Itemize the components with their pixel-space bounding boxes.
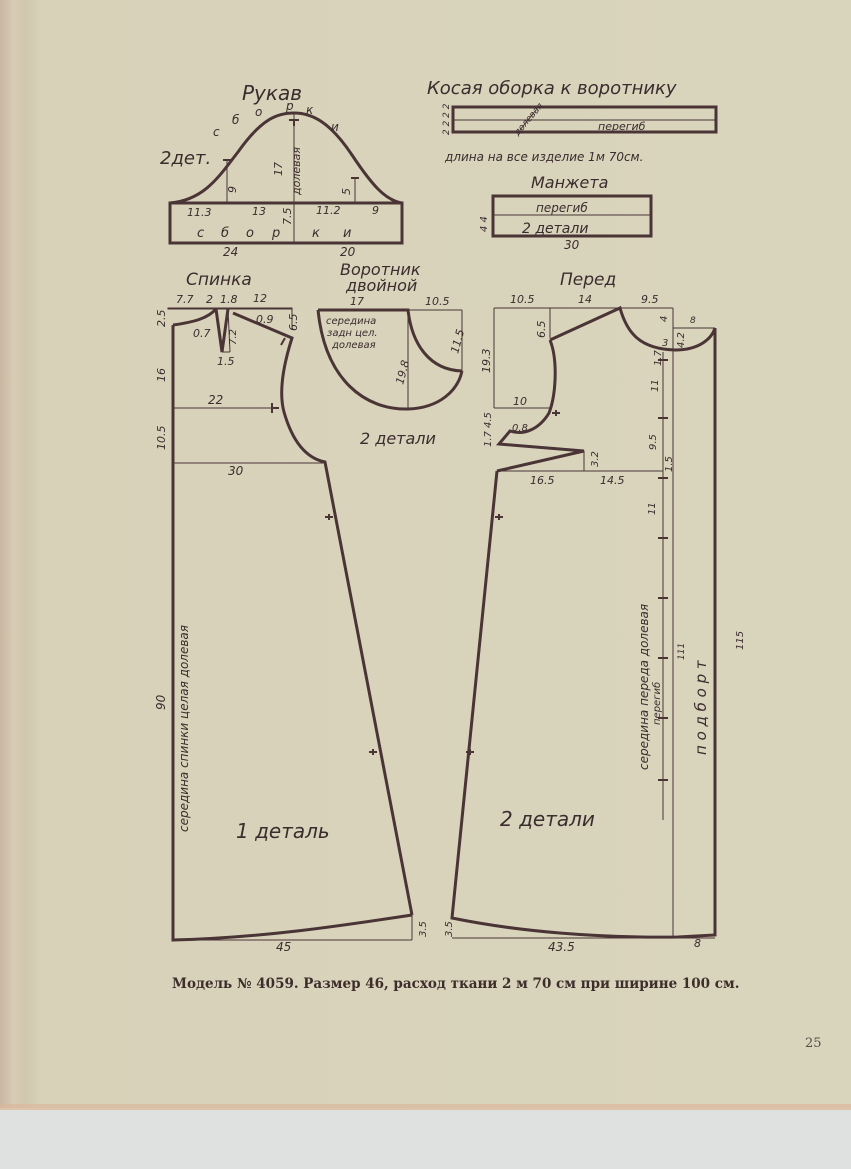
svg-text:4: 4	[659, 316, 670, 322]
svg-text:1.5: 1.5	[664, 456, 675, 472]
svg-text:11.3: 11.3	[187, 206, 212, 219]
svg-text:1.7: 1.7	[483, 430, 494, 447]
svg-text:8: 8	[694, 937, 701, 950]
svg-text:7.5: 7.5	[281, 208, 294, 226]
back-dart	[216, 309, 228, 352]
front-facing-label: п о д б о р т	[692, 659, 710, 755]
svg-text:17: 17	[350, 295, 364, 308]
svg-text:4.2: 4.2	[676, 332, 687, 348]
svg-text:6.5: 6.5	[535, 321, 548, 339]
svg-text:к: к	[312, 226, 320, 241]
svg-text:к: к	[306, 103, 314, 117]
svg-text:5: 5	[340, 188, 353, 195]
sleeve-piece: Рукав 2дет. с б о р к и долевая 17 9 5 7…	[160, 81, 402, 259]
svg-text:11: 11	[650, 379, 661, 392]
svg-text:задн цел.: задн цел.	[327, 328, 378, 339]
svg-text:3.5: 3.5	[444, 921, 455, 937]
svg-text:16.5: 16.5	[530, 474, 555, 487]
svg-text:2 2 2 2: 2 2 2 2	[442, 103, 452, 135]
svg-text:б: б	[221, 226, 229, 241]
svg-text:10.5: 10.5	[510, 293, 535, 306]
front-title: Перед	[560, 270, 616, 290]
svg-text:17: 17	[272, 162, 285, 176]
back-neckline	[173, 309, 216, 325]
front-fold-label: перегиб	[651, 682, 663, 725]
front-count: 2 детали	[500, 807, 595, 831]
svg-text:11.5: 11.5	[448, 328, 467, 355]
svg-text:9: 9	[226, 186, 239, 193]
sewing-pattern-diagram: Рукав 2дет. с б о р к и долевая 17 9 5 7…	[0, 0, 851, 1169]
svg-text:с: с	[197, 226, 204, 241]
svg-text:111: 111	[677, 643, 687, 660]
page-number: 25	[805, 1036, 822, 1051]
collar-title-2: двойной	[345, 276, 417, 295]
svg-text:14.5: 14.5	[600, 474, 625, 487]
svg-text:14: 14	[578, 293, 592, 306]
back-center-label: середина спинки целая долевая	[177, 625, 191, 832]
svg-text:9: 9	[372, 204, 379, 217]
front-armhole-dart	[497, 340, 584, 471]
svg-text:10: 10	[513, 395, 527, 408]
svg-text:9.5: 9.5	[641, 293, 659, 306]
svg-text:8: 8	[690, 316, 696, 326]
svg-text:2: 2	[206, 293, 213, 306]
svg-text:24: 24	[223, 245, 238, 259]
svg-text:10.5: 10.5	[155, 426, 168, 451]
svg-text:4 4: 4 4	[479, 216, 490, 232]
svg-text:0.7: 0.7	[193, 327, 211, 340]
cuff-count: 2 детали	[522, 221, 588, 237]
svg-text:30: 30	[564, 238, 580, 252]
sleeve-count: 2дет.	[160, 148, 211, 169]
svg-text:45: 45	[276, 940, 291, 954]
back-count: 1 деталь	[236, 819, 330, 843]
cuff-title: Манжета	[531, 173, 608, 192]
back-piece: Спинка 7.7 2 1.8 12 2.5 0.7 0.9 7.2 1.5 …	[154, 270, 429, 954]
svg-text:о: о	[246, 226, 254, 241]
sleeve-grain-label: долевая	[290, 147, 303, 196]
ruffle-piece: Косая оборка к воротнику 2 2 2 2 перегиб…	[427, 78, 716, 164]
svg-text:19.3: 19.3	[480, 349, 493, 374]
svg-text:3.2: 3.2	[590, 451, 601, 467]
svg-text:4.5: 4.5	[483, 412, 494, 428]
front-neckline	[550, 308, 715, 350]
svg-text:11.2: 11.2	[316, 204, 341, 217]
svg-text:и: и	[331, 120, 339, 134]
svg-text:19.8: 19.8	[393, 359, 412, 386]
svg-text:16: 16	[155, 368, 168, 382]
svg-text:11: 11	[647, 502, 658, 515]
svg-text:и: и	[343, 226, 351, 241]
svg-text:3.5: 3.5	[418, 921, 429, 937]
svg-text:б: б	[232, 113, 240, 127]
svg-text:13: 13	[252, 205, 266, 218]
svg-text:22: 22	[208, 393, 223, 407]
svg-text:о: о	[255, 105, 262, 119]
ruffle-fold-label: перегиб	[598, 120, 646, 133]
svg-text:1.7: 1.7	[653, 349, 664, 366]
svg-text:12: 12	[253, 292, 267, 305]
back-title: Спинка	[186, 270, 252, 290]
model-caption: Модель № 4059. Размер 46, расход ткани 2…	[172, 976, 739, 992]
collar-count: 2 детали	[360, 429, 436, 448]
svg-text:3: 3	[662, 338, 668, 349]
cuff-fold-label: перегиб	[536, 201, 588, 215]
front-center-label: середина переда долевая	[637, 604, 651, 770]
svg-text:90: 90	[154, 694, 168, 710]
ruffle-title: Косая оборка к воротнику	[427, 78, 677, 99]
svg-text:20: 20	[340, 245, 356, 259]
svg-text:7.7: 7.7	[176, 293, 194, 306]
svg-text:9.5: 9.5	[648, 434, 659, 450]
svg-text:1.5: 1.5	[217, 355, 235, 368]
svg-text:2.5: 2.5	[155, 310, 168, 328]
svg-text:43.5: 43.5	[548, 940, 575, 954]
collar-piece: Воротник двойной 17 10.5 середина задн ц…	[318, 260, 467, 448]
back-outline	[173, 325, 412, 940]
svg-text:30: 30	[228, 464, 244, 478]
cuff-piece: Манжета 4 4 перегиб 2 детали 30	[479, 173, 651, 252]
svg-text:0.9: 0.9	[256, 313, 274, 326]
svg-text:115: 115	[735, 631, 746, 650]
ruffle-length-note: длина на все изделие 1м 70см.	[444, 150, 643, 164]
svg-text:р: р	[271, 226, 280, 241]
svg-text:0.8: 0.8	[512, 423, 528, 434]
svg-text:р: р	[285, 99, 294, 113]
svg-text:долевая: долевая	[331, 340, 376, 351]
svg-text:с: с	[213, 125, 220, 139]
svg-text:6.5: 6.5	[287, 314, 300, 332]
svg-text:10.5: 10.5	[425, 295, 450, 308]
svg-text:1.8: 1.8	[220, 293, 238, 306]
svg-text:середина: середина	[326, 316, 376, 327]
svg-text:7.2: 7.2	[228, 329, 239, 345]
front-piece: Перед 10.5 14 9.5 6.5 19.3 4 3 8 4.2 10 …	[444, 270, 746, 954]
